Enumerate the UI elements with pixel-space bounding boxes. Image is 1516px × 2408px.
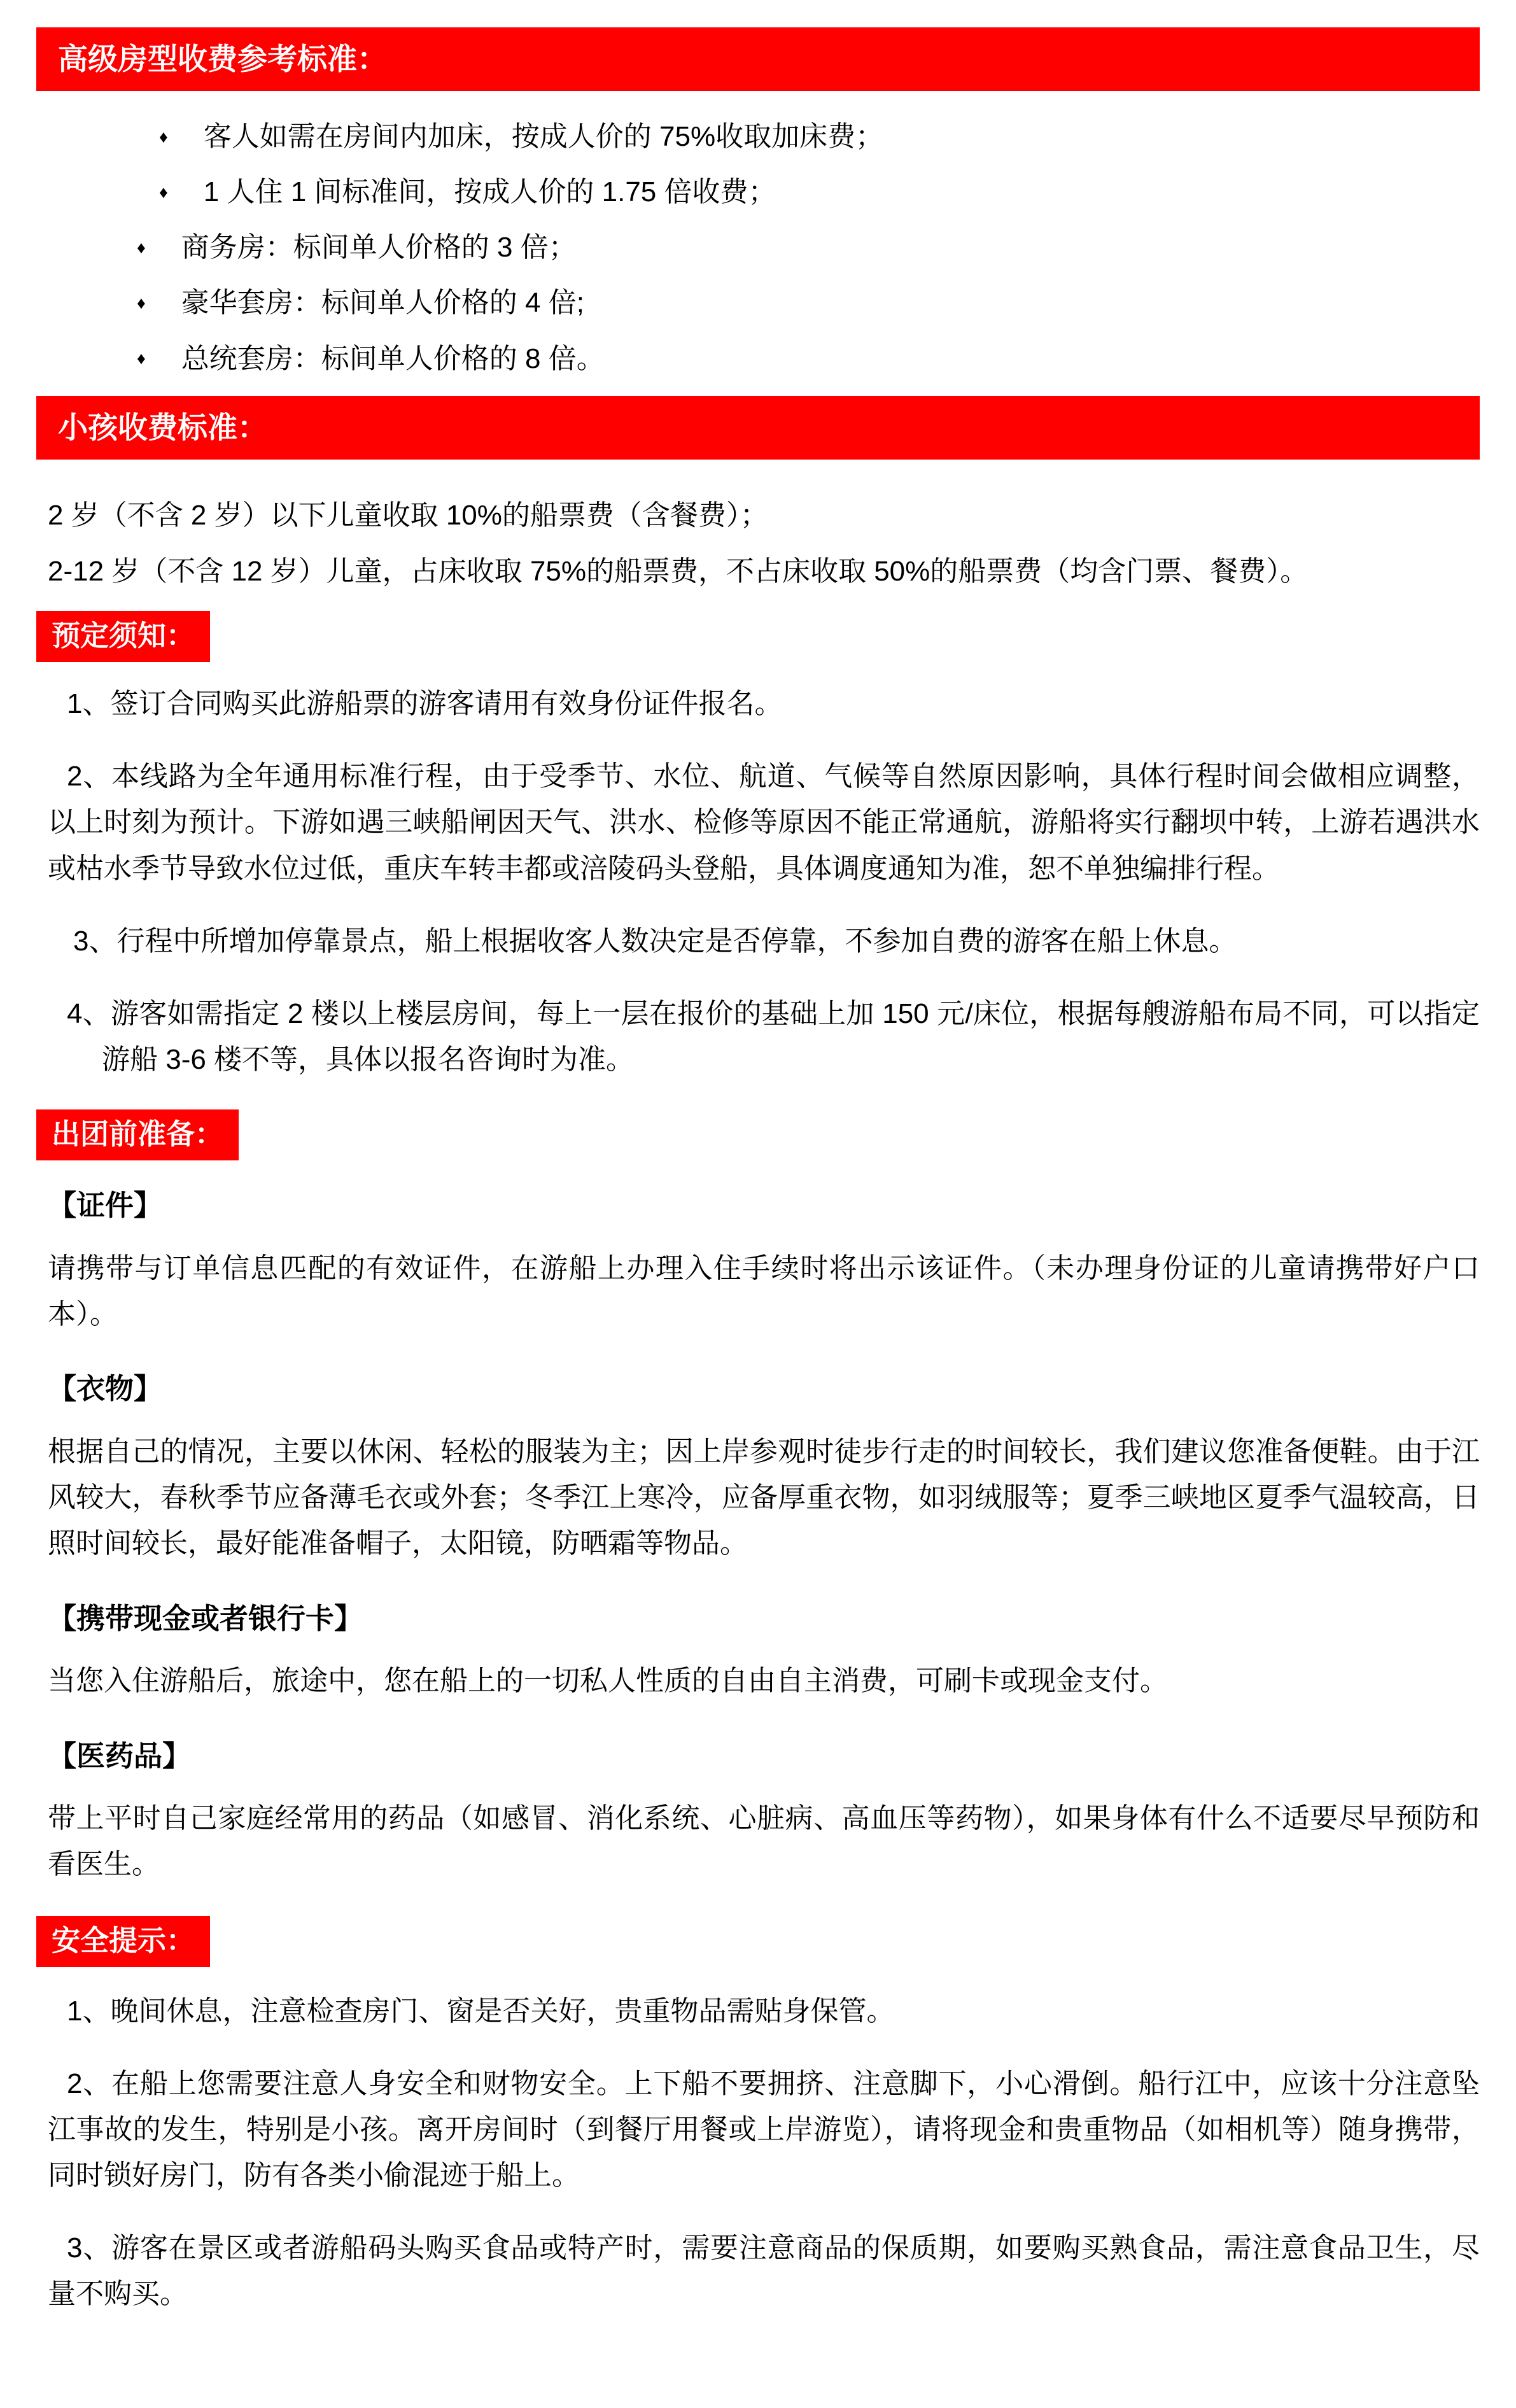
booking-notice-item: 4、游客如需指定 2 楼以上楼层房间，每上一层在报价的基础上加 150 元/床位… bbox=[48, 991, 1480, 1083]
child-fee-line: 2 岁（不含 2 岁）以下儿童收取 10%的船票费（含餐费）； bbox=[48, 493, 1480, 539]
section-header-premium-rooms: 高级房型收费参考标准： bbox=[36, 27, 1480, 91]
premium-rooms-title: 高级房型收费参考标准： bbox=[58, 34, 387, 83]
diamond-bullet-icon: ♦ bbox=[137, 350, 146, 367]
safety-tip-item: 2、在船上您需要注意人身安全和财物安全。上下船不要拥挤、注意脚下，小心滑倒。船行… bbox=[48, 2061, 1480, 2199]
preparation-label: 出团前准备： bbox=[36, 1109, 239, 1160]
booking-notice-item: 2、本线路为全年通用标准行程，由于受季节、水位、航道、气候等自然原因影响，具体行… bbox=[48, 754, 1480, 891]
booking-notice-item: 3、行程中所增加停靠景点，船上根据收客人数决定是否停靠，不参加自费的游客在船上休… bbox=[48, 919, 1480, 964]
bullet-text: 豪华套房：标间单人价格的 4 倍; bbox=[181, 280, 584, 326]
bullet-text: 1 人住 1 间标准间，按成人价的 1.75 倍收费； bbox=[204, 169, 776, 215]
preparation-label-row: 出团前准备： bbox=[36, 1109, 1480, 1160]
diamond-bullet-icon: ♦ bbox=[137, 239, 146, 257]
bullet-text: 客人如需在房间内加床，按成人价的 75%收取加床费； bbox=[204, 114, 883, 160]
premium-rooms-bullet-list: ♦ 商务房：标间单人价格的 3 倍； ♦ 豪华套房：标间单人价格的 4 倍; ♦… bbox=[137, 225, 1480, 381]
list-item: ♦ 商务房：标间单人价格的 3 倍； bbox=[137, 225, 1480, 271]
child-fees-title: 小孩收费标准： bbox=[58, 403, 267, 452]
subsection-heading-medicine: 【医药品】 bbox=[48, 1733, 1480, 1780]
list-item: ♦ 豪华套房：标间单人价格的 4 倍; bbox=[137, 280, 1480, 326]
premium-rooms-bullet-list-indented: ♦ 客人如需在房间内加床，按成人价的 75%收取加床费； ♦ 1 人住 1 间标… bbox=[159, 114, 1480, 215]
booking-notice-label-row: 预定须知： bbox=[36, 611, 1480, 662]
subsection-body-documents: 请携带与订单信息匹配的有效证件，在游船上办理入住手续时将出示该证件。（未办理身份… bbox=[48, 1246, 1480, 1337]
diamond-bullet-icon: ♦ bbox=[137, 295, 146, 312]
diamond-bullet-icon: ♦ bbox=[159, 184, 168, 201]
diamond-bullet-icon: ♦ bbox=[159, 129, 168, 146]
child-fee-line: 2-12 岁（不含 12 岁）儿童，占床收取 75%的船票费，不占床收取 50%… bbox=[48, 549, 1480, 595]
subsection-heading-clothing: 【衣物】 bbox=[48, 1365, 1480, 1412]
document-page: 高级房型收费参考标准： ♦ 客人如需在房间内加床，按成人价的 75%收取加床费；… bbox=[0, 0, 1516, 2408]
safety-tip-item: 3、游客在景区或者游船码头购买食品或特产时，需要注意商品的保质期，如要购买熟食品… bbox=[48, 2225, 1480, 2317]
booking-notice-item: 1、签订合同购买此游船票的游客请用有效身份证件报名。 bbox=[48, 681, 1480, 727]
booking-notice-label: 预定须知： bbox=[36, 611, 210, 662]
safety-tip-item: 1、晚间休息，注意检查房门、窗是否关好，贵重物品需贴身保管。 bbox=[48, 1989, 1480, 2034]
subsection-body-medicine: 带上平时自己家庭经常用的药品（如感冒、消化系统、心脏病、高血压等药物），如果身体… bbox=[48, 1796, 1480, 1887]
section-header-child-fees: 小孩收费标准： bbox=[36, 396, 1480, 460]
bullet-text: 总统套房：标间单人价格的 8 倍。 bbox=[181, 336, 605, 382]
subsection-heading-cash-card: 【携带现金或者银行卡】 bbox=[48, 1595, 1480, 1642]
subsection-heading-documents: 【证件】 bbox=[48, 1182, 1480, 1229]
subsection-body-clothing: 根据自己的情况，主要以休闲、轻松的服装为主；因上岸参观时徒步行走的时间较长，我们… bbox=[48, 1429, 1480, 1567]
list-item: ♦ 总统套房：标间单人价格的 8 倍。 bbox=[137, 336, 1480, 382]
subsection-body-cash-card: 当您入住游船后，旅途中，您在船上的一切私人性质的自由自主消费，可刷卡或现金支付。 bbox=[48, 1658, 1480, 1704]
list-item: ♦ 1 人住 1 间标准间，按成人价的 1.75 倍收费； bbox=[159, 169, 1480, 215]
list-item: ♦ 客人如需在房间内加床，按成人价的 75%收取加床费； bbox=[159, 114, 1480, 160]
safety-tips-label-row: 安全提示： bbox=[36, 1916, 1480, 1967]
bullet-text: 商务房：标间单人价格的 3 倍； bbox=[181, 225, 577, 271]
safety-tips-label: 安全提示： bbox=[36, 1916, 210, 1967]
